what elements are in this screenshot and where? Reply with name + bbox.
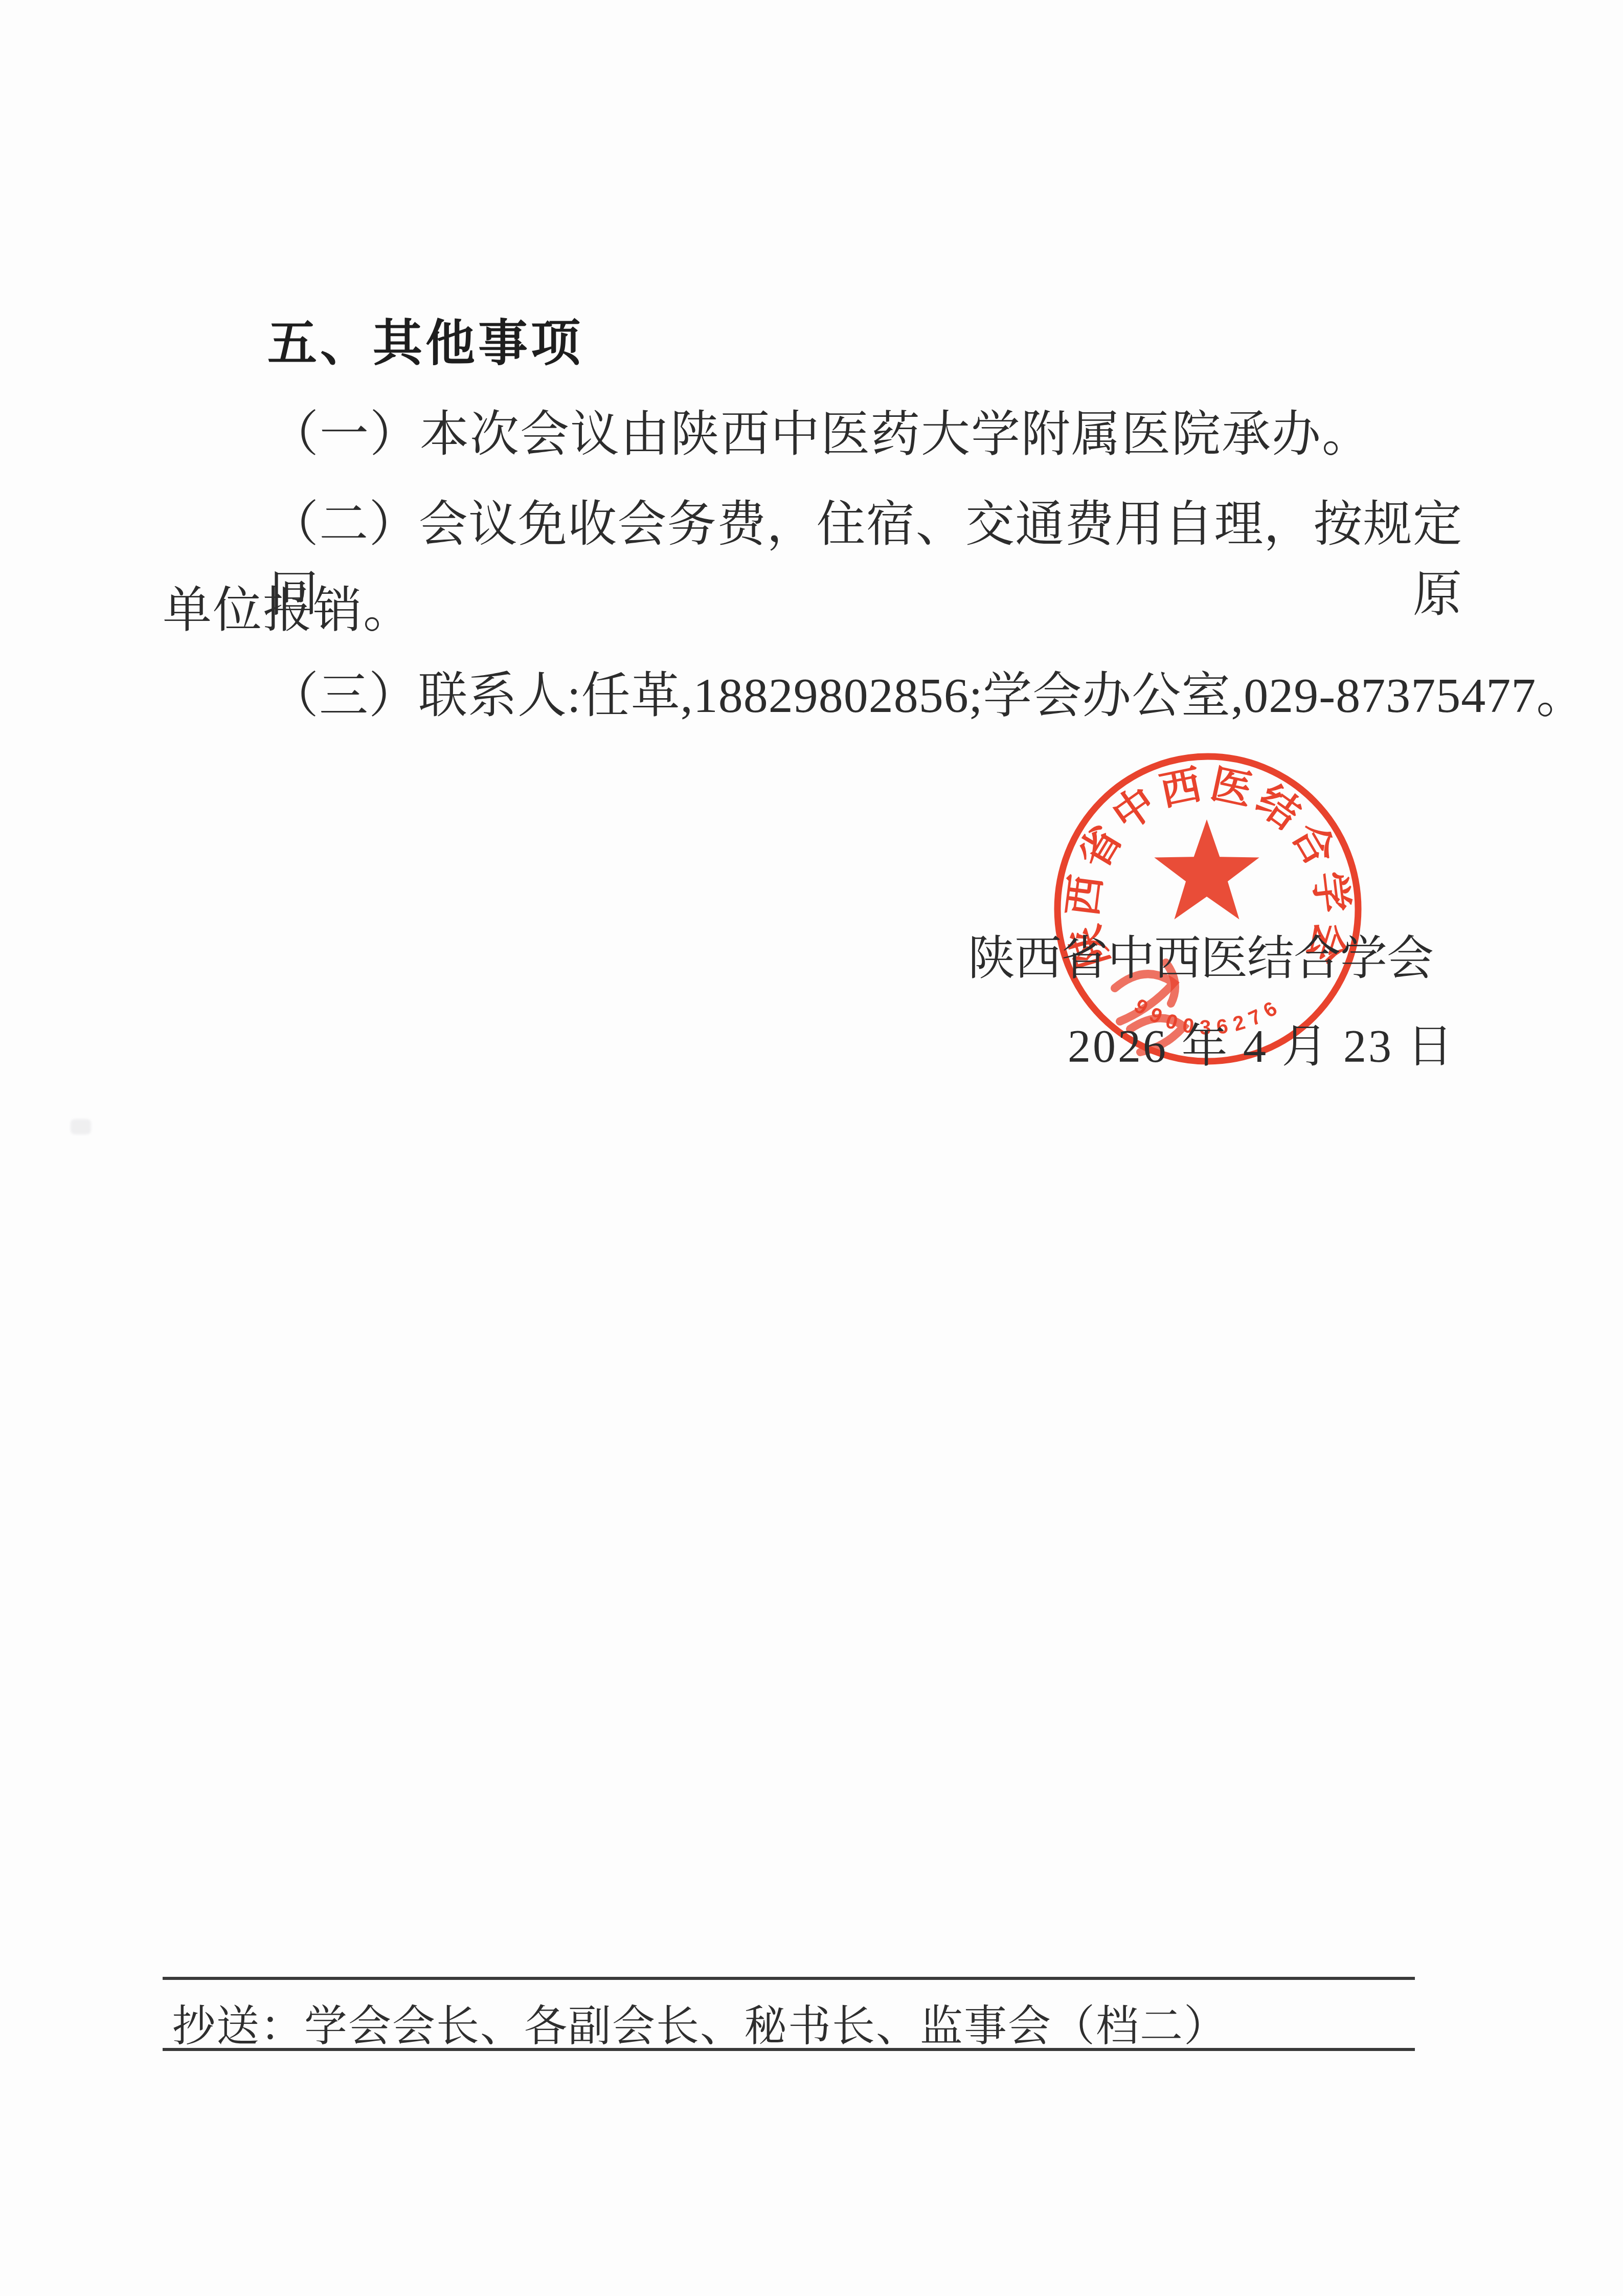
paragraph-venue: （一）本次会议由陕西中医药大学附属医院承办。 [269,395,1372,465]
signature-date: 2026 年 4 月 23 日 [1068,1009,1455,1075]
footer-rule-bottom [163,2048,1415,2051]
footer-cc-line: 抄送：学会会长、各副会长、秘书长、监事会（档二） [172,1992,1228,2054]
signature-org: 陕西省中西医结合学会 [968,921,1433,988]
paragraph-fees-line-2: 单位报销。 [163,571,413,641]
document-page: 五、其他事项 （一）本次会议由陕西中医药大学附属医院承办。 （二）会议免收会务费… [0,0,1623,2296]
paragraph-contact: （三）联系人:任革,18829802856;学会办公室,029-87375477… [269,656,1586,726]
footer-rule-top [163,1977,1415,1980]
paragraph-fees-line-1: （二）会议免收会务费，住宿、交通费用自理，按规定回原 [269,485,1462,625]
seal-star-icon [1154,819,1259,919]
section-heading: 五、其他事项 [267,303,583,374]
scan-artifact-smudge [71,1119,91,1134]
